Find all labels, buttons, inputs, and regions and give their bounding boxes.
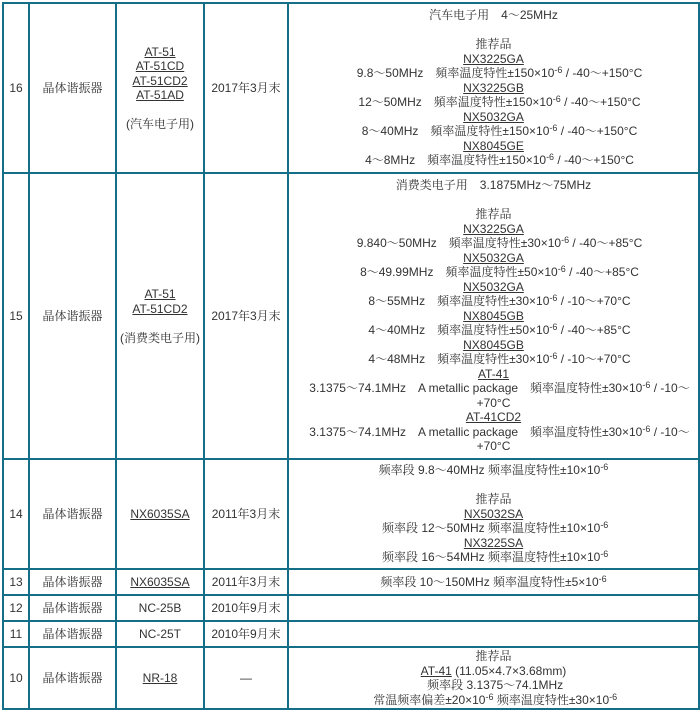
product-line: AT-51AD — [118, 88, 202, 103]
text-segment: 4～8MHz 頻率温度特性±150×10-6 / -40～+150°C — [353, 153, 634, 167]
detail-line: NX8045GB — [290, 338, 697, 353]
date-cell: 2017年3月末 — [204, 3, 288, 173]
product-link[interactable]: NX3225GA — [463, 52, 524, 66]
table-row: 11晶体谐振器NC-25T2010年9月末 — [3, 621, 699, 647]
text-segment: 推荐品 — [475, 207, 511, 221]
detail-line: 推荐品 — [290, 492, 697, 507]
product-link[interactable]: AT-41 — [421, 664, 452, 678]
row-number-cell: 14 — [3, 459, 29, 569]
detail-line — [290, 478, 697, 493]
detail-line: AT-41 — [290, 367, 697, 382]
detail-line: 频率段 10～150MHz 頻率温度特性±5×10-6 — [290, 575, 697, 590]
product-link[interactable]: AT-51 — [144, 287, 175, 301]
category-cell: 晶体谐振器 — [29, 595, 116, 621]
detail-line: 频率段 9.8～40MHz 频率温度特性±10×10-6 — [290, 463, 697, 478]
details-cell: 频率段 9.8～40MHz 频率温度特性±10×10-6推荐品NX5032SA … — [288, 459, 699, 569]
details-cell: 频率段 10～150MHz 頻率温度特性±5×10-6 — [288, 569, 699, 595]
product-cell: AT-51AT-51CDAT-51CD2AT-51AD(汽车电子用) — [116, 3, 204, 173]
product-link[interactable]: NX8045GB — [463, 338, 524, 352]
category-cell: 晶体谐振器 — [29, 647, 116, 709]
text-segment: 频率段 3.1375～74.1MHz — [424, 678, 563, 692]
row-number-cell: 11 — [3, 621, 29, 647]
text-segment: 消费类电子用 3.1875MHz～75MHz — [396, 178, 591, 192]
table-row: 10晶体谐振器NR-18—推荐品AT-41 (11.05×4.7×3.68mm)… — [3, 647, 699, 709]
detail-line: 8～40MHz 頻率温度特性±150×10-6 / -40～+150°C — [290, 124, 697, 139]
table-row: 12晶体谐振器NC-25B2010年9月末 — [3, 595, 699, 621]
product-cell: NX6035SA — [116, 569, 204, 595]
detail-line: 频率段 3.1375～74.1MHz — [290, 678, 697, 693]
product-link[interactable]: AT-51CD — [136, 59, 184, 73]
product-link[interactable]: NX5032GA — [463, 251, 524, 265]
detail-line: AT-41 (11.05×4.7×3.68mm) — [290, 664, 697, 679]
category-cell: 晶体谐振器 — [29, 459, 116, 569]
detail-line: 8～49.99MHz 頻率温度特性±50×10-6 / -40～+85°C — [290, 265, 697, 280]
product-line: NX6035SA — [118, 575, 202, 590]
text-segment: 12～50MHz 頻率温度特性±150×10-6 / -40～+150°C — [346, 95, 640, 109]
text-segment: NC-25B — [139, 601, 182, 615]
product-line: AT-51 — [118, 45, 202, 60]
detail-line: 消费类电子用 3.1875MHz～75MHz — [290, 178, 697, 193]
product-link[interactable]: NX5032GA — [463, 280, 524, 294]
detail-line: 9.840～50MHz 頻率温度特性±30×10-6 / -40～+85°C — [290, 236, 697, 251]
detail-line: 常温频率偏差±20×10-6 频率温度特性±30×10-6 — [290, 693, 697, 708]
product-link[interactable]: NX6035SA — [130, 507, 189, 521]
detail-line: NX8045GE — [290, 139, 697, 154]
category-cell: 晶体谐振器 — [29, 569, 116, 595]
date-cell: 2010年9月末 — [204, 621, 288, 647]
row-number-cell: 13 — [3, 569, 29, 595]
detail-line: 9.8～50MHz 頻率温度特性±150×10-6 / -40～+150°C — [290, 66, 697, 81]
text-segment: 4～40MHz 頻率温度特性±50×10-6 / -40～+85°C — [356, 323, 630, 337]
detail-line: 推荐品 — [290, 649, 697, 664]
product-cell: NC-25T — [116, 621, 204, 647]
detail-line: 频率段 16～54MHz 频率温度特性±10×10-6 — [290, 550, 697, 565]
detail-line: NX3225GA — [290, 222, 697, 237]
details-cell: 汽车电子用 4～25MHz推荐品NX3225GA 9.8～50MHz 頻率温度特… — [288, 3, 699, 173]
category-cell: 晶体谐振器 — [29, 173, 116, 459]
text-segment: 8～40MHz 頻率温度特性±150×10-6 / -40～+150°C — [350, 124, 638, 138]
table-row: 13晶体谐振器NX6035SA2011年3月末频率段 10～150MHz 頻率温… — [3, 569, 699, 595]
date-cell: 2010年9月末 — [204, 595, 288, 621]
detail-line — [290, 193, 697, 208]
row-number-cell: 12 — [3, 595, 29, 621]
product-link[interactable]: NX3225GB — [463, 81, 524, 95]
product-link[interactable]: NX8045GE — [463, 139, 524, 153]
date-cell: 2017年3月末 — [204, 173, 288, 459]
text-segment: 频率段 10～150MHz 頻率温度特性±5×10-6 — [380, 575, 606, 589]
product-link[interactable]: NX5032GA — [463, 110, 524, 124]
product-link[interactable]: AT-41CD2 — [466, 410, 521, 424]
detail-line: NX8045GB — [290, 309, 697, 324]
table-row: 16晶体谐振器AT-51AT-51CDAT-51CD2AT-51AD(汽车电子用… — [3, 3, 699, 173]
discontinued-products-table: 16晶体谐振器AT-51AT-51CDAT-51CD2AT-51AD(汽车电子用… — [2, 2, 700, 710]
product-cell: NX6035SA — [116, 459, 204, 569]
text-segment: 频率段 9.8～40MHz 频率温度特性±10×10-6 — [379, 463, 609, 477]
product-line: (消费类电子用) — [118, 331, 202, 346]
product-link[interactable]: NX6035SA — [130, 575, 189, 589]
category-cell: 晶体谐振器 — [29, 3, 116, 173]
product-link[interactable]: AT-51CD2 — [132, 74, 187, 88]
detail-line: 推荐品 — [290, 37, 697, 52]
detail-line: NX3225GA — [290, 52, 697, 67]
detail-line: NX3225SA — [290, 536, 697, 551]
date-cell: — — [204, 647, 288, 709]
product-link[interactable]: NR-18 — [143, 671, 178, 685]
table-row: 15晶体谐振器AT-51AT-51CD2(消费类电子用)2017年3月末消费类电… — [3, 173, 699, 459]
detail-line: 推荐品 — [290, 207, 697, 222]
detail-line: NX5032GA — [290, 251, 697, 266]
text-segment: 推荐品 — [475, 37, 511, 51]
product-line: AT-51 — [118, 287, 202, 302]
product-cell: AT-51AT-51CD2(消费类电子用) — [116, 173, 204, 459]
product-link[interactable]: NX8045GB — [463, 309, 524, 323]
product-line: NR-18 — [118, 671, 202, 686]
details-cell — [288, 595, 699, 621]
product-line: AT-51CD — [118, 59, 202, 74]
detail-line: 4～8MHz 頻率温度特性±150×10-6 / -40～+150°C — [290, 153, 697, 168]
text-segment: 频率段 16～54MHz 频率温度特性±10×10-6 — [379, 550, 609, 564]
product-link[interactable]: AT-41 — [478, 367, 509, 381]
detail-line: 3.1375～74.1MHz A metallic package 頻率温度特性… — [290, 425, 697, 454]
product-link[interactable]: AT-51CD2 — [132, 302, 187, 316]
details-cell: 推荐品AT-41 (11.05×4.7×3.68mm) 频率段 3.1375～7… — [288, 647, 699, 709]
detail-line: 频率段 12～50MHz 频率温度特性±10×10-6 — [290, 521, 697, 536]
text-segment: 推荐品 — [475, 492, 511, 506]
detail-line: 12～50MHz 頻率温度特性±150×10-6 / -40～+150°C — [290, 95, 697, 110]
product-line: NX6035SA — [118, 507, 202, 522]
product-link[interactable]: AT-51 — [144, 45, 175, 59]
text-segment: NC-25T — [139, 627, 181, 641]
product-line: (汽车电子用) — [118, 117, 202, 132]
text-segment: 推荐品 — [475, 649, 511, 663]
row-number-cell: 10 — [3, 647, 29, 709]
row-number-cell: 16 — [3, 3, 29, 173]
details-cell — [288, 621, 699, 647]
details-cell: 消费类电子用 3.1875MHz～75MHz推荐品NX3225GA 9.840～… — [288, 173, 699, 459]
row-number-cell: 15 — [3, 173, 29, 459]
text-segment: 3.1375～74.1MHz A metallic package 頻率温度特性… — [297, 425, 689, 454]
text-segment: 3.1375～74.1MHz A metallic package 頻率温度特性… — [297, 381, 689, 410]
text-segment: 9.840～50MHz 頻率温度特性±30×10-6 / -40～+85°C — [345, 236, 643, 250]
product-cell: NR-18 — [116, 647, 204, 709]
product-line — [118, 103, 202, 118]
text-segment: (11.05×4.7×3.68mm) — [452, 664, 567, 678]
text-segment: 8～55MHz 頻率温度特性±30×10-6 / -10～+70°C — [356, 294, 630, 308]
product-line: AT-51CD2 — [118, 74, 202, 89]
product-line: NC-25T — [118, 627, 202, 642]
product-line — [118, 316, 202, 331]
product-line: AT-51CD2 — [118, 302, 202, 317]
detail-line: 汽车电子用 4～25MHz — [290, 8, 697, 23]
detail-line: AT-41CD2 — [290, 410, 697, 425]
table-row: 14晶体谐振器NX6035SA2011年3月末频率段 9.8～40MHz 频率温… — [3, 459, 699, 569]
detail-line: 4～48MHz 頻率温度特性±30×10-6 / -10～+70°C — [290, 352, 697, 367]
detail-line: 8～55MHz 頻率温度特性±30×10-6 / -10～+70°C — [290, 294, 697, 309]
text-segment: 4～48MHz 頻率温度特性±30×10-6 / -10～+70°C — [356, 352, 630, 366]
text-segment: 8～49.99MHz 頻率温度特性±50×10-6 / -40～+85°C — [348, 265, 639, 279]
text-segment: 汽车电子用 4～25MHz — [429, 8, 558, 22]
detail-line: 3.1375～74.1MHz A metallic package 頻率温度特性… — [290, 381, 697, 410]
product-link[interactable]: NX5032SA — [464, 507, 523, 521]
product-link[interactable]: AT-51AD — [136, 88, 184, 102]
text-segment: (消费类电子用) — [120, 331, 200, 345]
text-segment: (汽车电子用) — [126, 117, 194, 131]
detail-line — [290, 23, 697, 38]
text-segment: 9.8～50MHz 頻率温度特性±150×10-6 / -40～+150°C — [345, 66, 643, 80]
product-cell: NC-25B — [116, 595, 204, 621]
text-segment: 常温频率偏差±20×10-6 频率温度特性±30×10-6 — [370, 693, 617, 707]
page-content: 16晶体谐振器AT-51AT-51CDAT-51CD2AT-51AD(汽车电子用… — [0, 0, 700, 710]
product-link[interactable]: NX3225SA — [464, 536, 523, 550]
detail-line: NX5032GA — [290, 110, 697, 125]
category-cell: 晶体谐振器 — [29, 621, 116, 647]
table-body: 16晶体谐振器AT-51AT-51CDAT-51CD2AT-51AD(汽车电子用… — [3, 3, 699, 709]
product-line: NC-25B — [118, 601, 202, 616]
detail-line: NX5032SA — [290, 507, 697, 522]
product-link[interactable]: NX3225GA — [463, 222, 524, 236]
date-cell: 2011年3月末 — [204, 569, 288, 595]
detail-line: NX3225GB — [290, 81, 697, 96]
text-segment: 频率段 12～50MHz 频率温度特性±10×10-6 — [379, 521, 609, 535]
detail-line: 4～40MHz 頻率温度特性±50×10-6 / -40～+85°C — [290, 323, 697, 338]
date-cell: 2011年3月末 — [204, 459, 288, 569]
detail-line: NX5032GA — [290, 280, 697, 295]
